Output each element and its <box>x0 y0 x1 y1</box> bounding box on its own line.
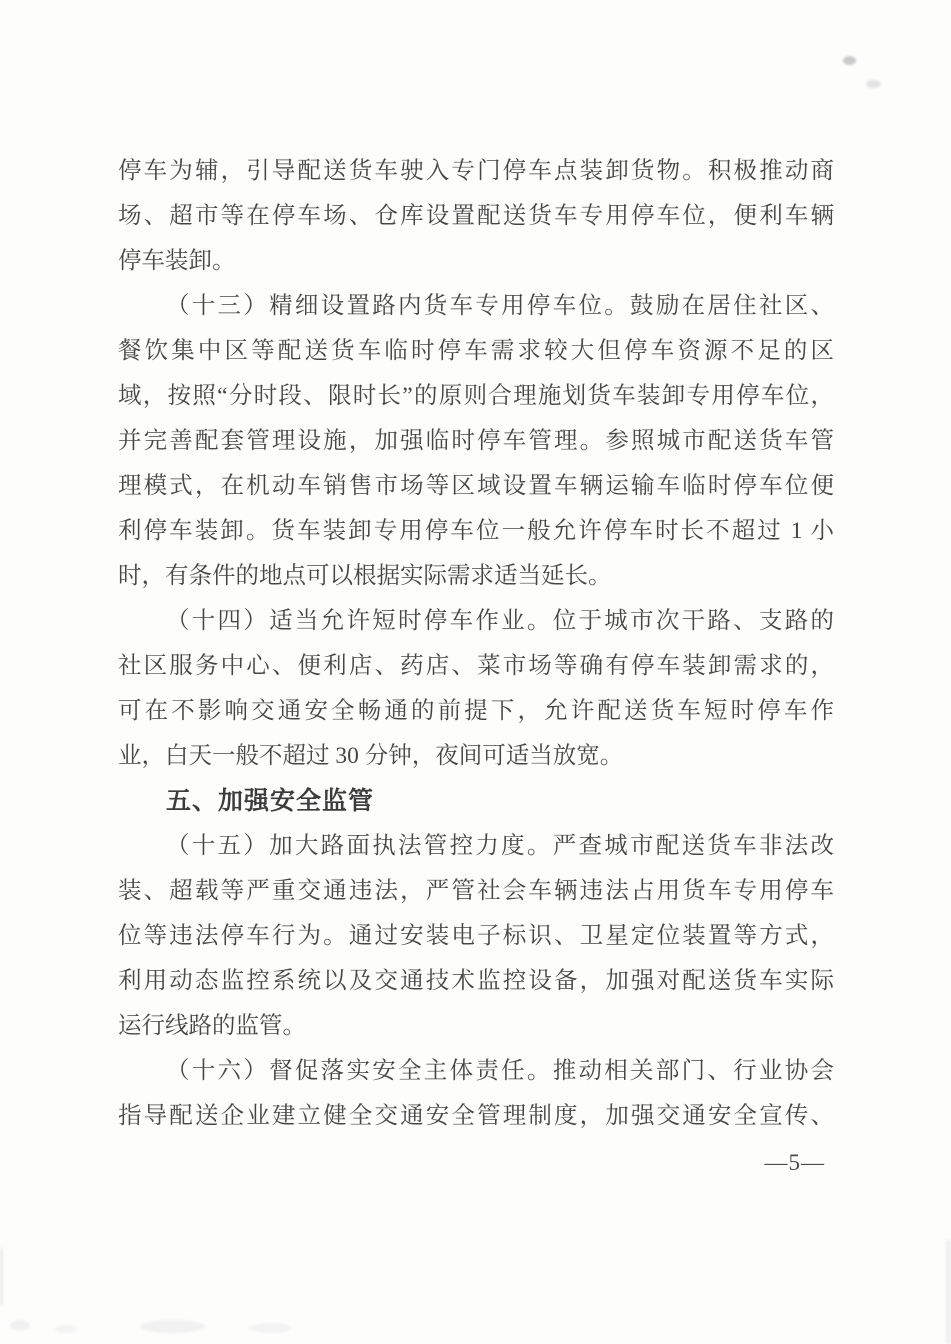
text-line: 指导配送企业建立健全交通安全管理制度，加强交通安全宣传、 <box>118 1094 834 1139</box>
scan-artifact <box>0 1248 3 1306</box>
scan-artifact <box>140 1320 205 1333</box>
paragraph-item-15: （十五）加大路面执法管控力度。严查城市配送货车非法改装、超载等严重交通违法，严管… <box>118 824 834 1049</box>
section-heading-5: 五、加强安全监管 <box>118 779 834 824</box>
document-body: 停车为辅，引导配送货车驶入专门停车点装卸货物。积极推动商场、超市等在停车场、仓库… <box>118 149 834 1139</box>
text-line: 运行线路的监管。 <box>118 1004 834 1049</box>
scan-artifact <box>946 1240 951 1344</box>
text-line: 停车为辅，引导配送货车驶入专门停车点装卸货物。积极推动商 <box>118 149 834 194</box>
text-line: 并完善配套管理设施，加强临时停车管理。参照城市配送货车管 <box>118 419 834 464</box>
text-line: 位等违法停车行为。通过安装电子标识、卫星定位装置等方式， <box>118 914 834 959</box>
text-line: 理模式，在机动车销售市场等区域设置车辆运输车临时停车位便 <box>118 464 834 509</box>
text-line: 利停车装卸。货车装卸专用停车位一般允许停车时长不超过 1 小 <box>118 509 834 554</box>
text-line: （十六）督促落实安全主体责任。推动相关部门、行业协会 <box>118 1049 834 1094</box>
paragraph-item-14: （十四）适当允许短时停车作业。位于城市次干路、支路的社区服务中心、便利店、药店、… <box>118 599 834 779</box>
text-line: 装、超载等严重交通违法，严管社会车辆违法占用货车专用停车 <box>118 869 834 914</box>
document-page: 停车为辅，引导配送货车驶入专门停车点装卸货物。积极推动商场、超市等在停车场、仓库… <box>0 0 951 1344</box>
text-line: 时，有条件的地点可以根据实际需求适当延长。 <box>118 554 834 599</box>
text-line: 业，白天一般不超过 30 分钟，夜间可适当放宽。 <box>118 734 834 779</box>
scan-artifact <box>866 80 881 88</box>
text-line: 域，按照“分时段、限时长”的原则合理施划货车装卸专用停车位， <box>118 374 834 419</box>
text-line: （十三）精细设置路内货车专用停车位。鼓励在居住社区、 <box>118 284 834 329</box>
text-line: 停车装卸。 <box>118 239 834 284</box>
paragraph-continuation: 停车为辅，引导配送货车驶入专门停车点装卸货物。积极推动商场、超市等在停车场、仓库… <box>118 149 834 284</box>
page-number: —5— <box>765 1148 826 1178</box>
section-heading: 五、加强安全监管 <box>118 779 834 824</box>
text-line: 场、超市等在停车场、仓库设置配送货车专用停车位，便利车辆 <box>118 194 834 239</box>
text-line: （十五）加大路面执法管控力度。严查城市配送货车非法改 <box>118 824 834 869</box>
text-line: 可在不影响交通安全畅通的前提下，允许配送货车短时停车作 <box>118 689 834 734</box>
paragraph-item-13: （十三）精细设置路内货车专用停车位。鼓励在居住社区、餐饮集中区等配送货车临时停车… <box>118 284 834 599</box>
scan-artifact <box>843 56 856 65</box>
text-line: 餐饮集中区等配送货车临时停车需求较大但停车资源不足的区 <box>118 329 834 374</box>
paragraph-item-16: （十六）督促落实安全主体责任。推动相关部门、行业协会指导配送企业建立健全交通安全… <box>118 1049 834 1139</box>
scan-artifact <box>250 1323 292 1333</box>
scan-artifact <box>55 1325 77 1333</box>
text-line: 利用动态监控系统以及交通技术监控设备，加强对配送货车实际 <box>118 959 834 1004</box>
text-line: （十四）适当允许短时停车作业。位于城市次干路、支路的 <box>118 599 834 644</box>
scan-artifact <box>10 1320 30 1331</box>
text-line: 社区服务中心、便利店、药店、菜市场等确有停车装卸需求的， <box>118 644 834 689</box>
